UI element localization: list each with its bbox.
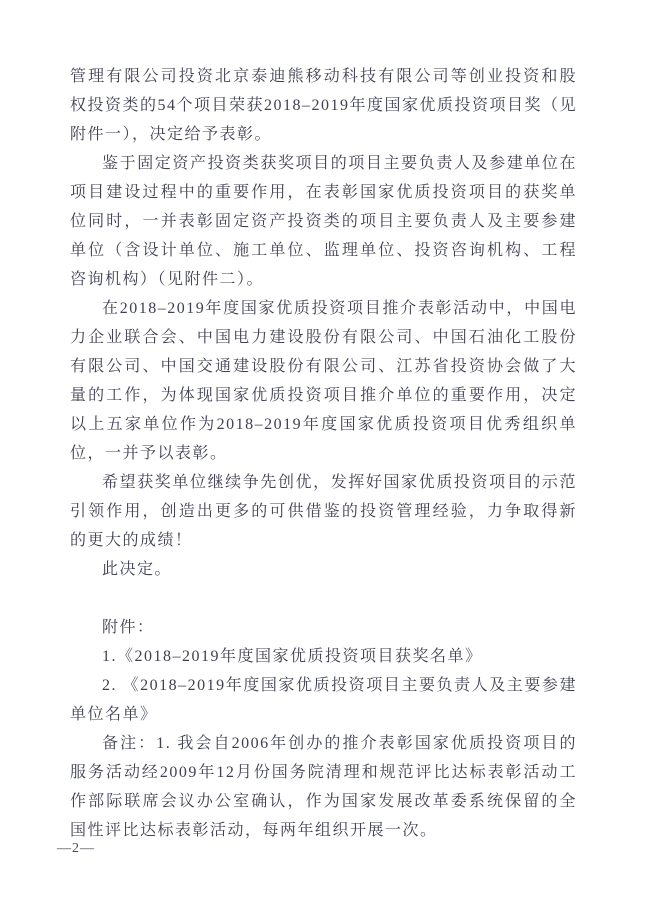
paragraph: 鉴于固定资产投资类获奖项目的项目主要负责人及参建单位在项目建设过程中的重要作用，… [70,149,577,294]
page-number: —2— [57,841,95,857]
attachment-item-1: 1.《2018–2019年度国家优质投资项目获奖名单》 [70,642,577,671]
paragraph-closing: 此决定。 [70,555,577,584]
document-body: 管理有限公司投资北京泰迪熊移动科技有限公司等创业投资和股权投资类的54个项目荣获… [70,62,577,845]
paragraph: 在2018–2019年度国家优质投资项目推介表彰活动中，中国电力企业联合会、中国… [70,294,577,468]
document-page: 管理有限公司投资北京泰迪熊移动科技有限公司等创业投资和股权投资类的54个项目荣获… [0,0,645,900]
attachment-item-2: 2. 《2018–2019年度国家优质投资项目主要负责人及主要参建单位名单》 [70,671,577,729]
remarks-paragraph: 备注：1. 我会自2006年创办的推介表彰国家优质投资项目的服务活动经2009年… [70,729,577,845]
attachments-heading: 附件： [70,613,577,642]
paragraph-continuation: 管理有限公司投资北京泰迪熊移动科技有限公司等创业投资和股权投资类的54个项目荣获… [70,62,577,149]
paragraph: 希望获奖单位继续争先创优，发挥好国家优质投资项目的示范引领作用，创造出更多的可供… [70,468,577,555]
